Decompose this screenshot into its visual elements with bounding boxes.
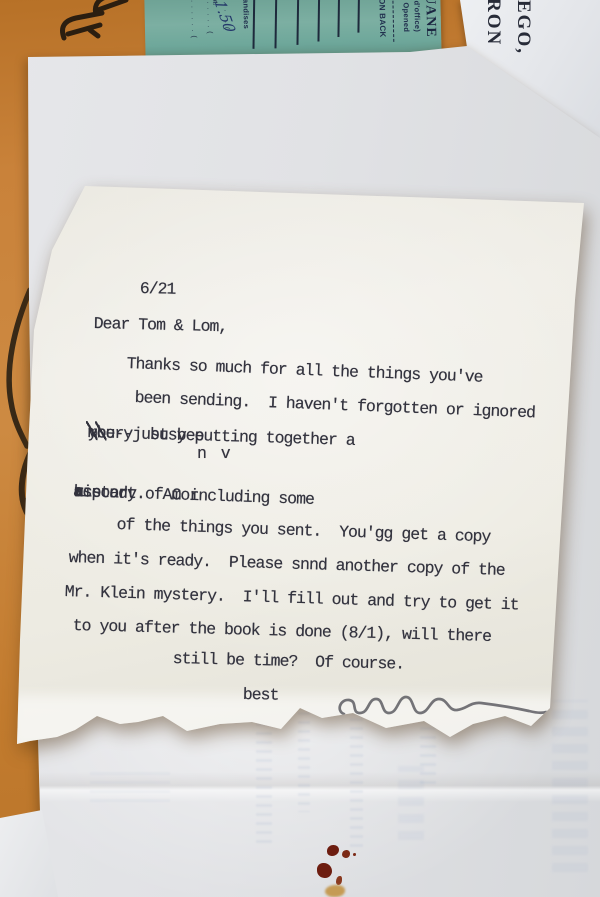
letter-body-line: when it's ready. Please snnd another cop… [68,548,505,581]
photo-of-typed-letter-on-envelope: . . . . . . ( . . . . . ( . . . . ( andi… [0,0,600,897]
letter-body-line-with-overstrikes: you--just beem bery busy putting togethe… [87,423,105,444]
letter-body-line: still be time? Of course. [173,649,405,675]
letter-closing: best [243,685,279,706]
letter-body-line: to you after the book is done (8/1), wil… [72,616,491,647]
typed-correction: n v [197,444,233,464]
letter-body-line: Mr. Klein mystery. I'll fill out and try… [64,582,518,615]
letter-body-line: Thanks so much for all the things you've [126,354,483,388]
line4-post: nce art. Am including some [73,482,314,510]
letter-body-line: of the things you sent. You'gg get a cop… [116,515,490,547]
letter-body-line: been sending. I haven't forgotten or ign… [134,388,535,423]
typed-letter: 6/21 Dear Tom & Lom, Thanks so much for … [0,0,600,897]
letter-wrap: 6/21 Dear Tom & Lom, Thanks so much for … [0,0,600,897]
letter-date: 6/21 [140,279,176,300]
torn-edge-highlight [10,695,570,750]
letter-salutation: Dear Tom & Lom, [94,314,228,337]
